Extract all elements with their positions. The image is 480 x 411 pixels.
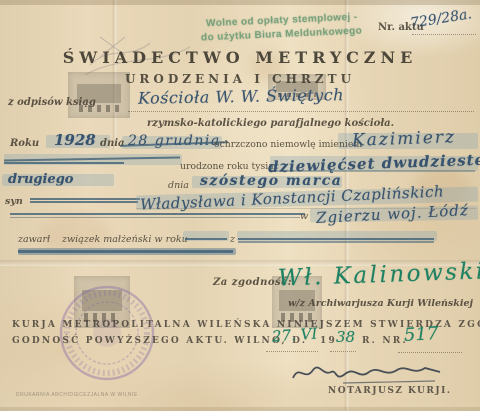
child-name: Kazimierz [352, 127, 457, 151]
ink-strike [185, 238, 227, 240]
ink-strike [238, 238, 434, 240]
dotted-line [412, 33, 476, 35]
day-label: dnia [100, 138, 125, 149]
notary-signature [285, 356, 450, 390]
marriage-label1: zawarł [18, 234, 50, 245]
act-number-value: 729/28a. [409, 6, 473, 32]
marriage-label2: związek małżeński w roku [62, 234, 188, 245]
printer-imprint: Drukarnia Archidiecezjalna w Wilnie [16, 392, 138, 398]
birth-date: szóstego marca [200, 173, 342, 189]
ink-strike [18, 250, 233, 253]
year-label: Roku [10, 138, 39, 149]
curia-year-printed: 19 [320, 336, 337, 346]
dotted-line [128, 110, 474, 112]
ink-strike [238, 241, 434, 243]
books-label: z odpisów ksiąg [8, 97, 96, 108]
church-name-handwritten: Kościoła W. W. Świętych [138, 85, 344, 108]
round-stamp-purple [55, 283, 160, 383]
baptized-label: ochrzczono niemowlę imieniem [214, 139, 362, 150]
curia-nr-label: R. NR. [362, 336, 408, 346]
birth-year-words2: drugiego [8, 172, 73, 187]
scanned-certificate: Wolne od opłaty stemplowej - do użytku B… [0, 0, 480, 411]
notary-title: NOTARJUSZ KURJI. [328, 386, 451, 396]
curia-number-handwritten: 517 [403, 323, 438, 346]
ink-strike [10, 213, 305, 215]
born-day-label: dnia [168, 180, 189, 191]
dotted-line [398, 351, 462, 353]
archivist-title: w/z Archiwarjusza Kurji Wileńskiej [288, 298, 473, 309]
document-subtitle: URODZENIA I CHRZTU [125, 72, 355, 86]
curia-year-handwritten: 38 [336, 328, 355, 346]
ink-strike [10, 217, 300, 218]
curia-line2: GODNOŚĆ POWYŻSZEGO AKTU. WILNO, D. [12, 336, 307, 346]
born-label: urodzone roku tysiąc [180, 161, 279, 172]
son-label: syn [5, 196, 23, 207]
paper-edge [0, 407, 480, 411]
paper-edge [0, 0, 480, 5]
curia-date-handwritten: 27. VI [271, 324, 318, 345]
marriage-z-label: z [230, 234, 235, 245]
ink-strike [30, 198, 140, 200]
ink-strike [4, 162, 124, 164]
ink-strike [270, 170, 475, 172]
document-title: ŚWIADECTWO METRYCZNE [63, 48, 418, 67]
dotted-line [330, 350, 356, 352]
parish-line: rzymsko-katolickiego parafjalnego kościo… [147, 118, 394, 129]
dotted-line [266, 350, 318, 352]
baptism-year: 1928 [54, 131, 96, 149]
place-label: w [300, 211, 308, 222]
ink-strike [30, 201, 138, 203]
